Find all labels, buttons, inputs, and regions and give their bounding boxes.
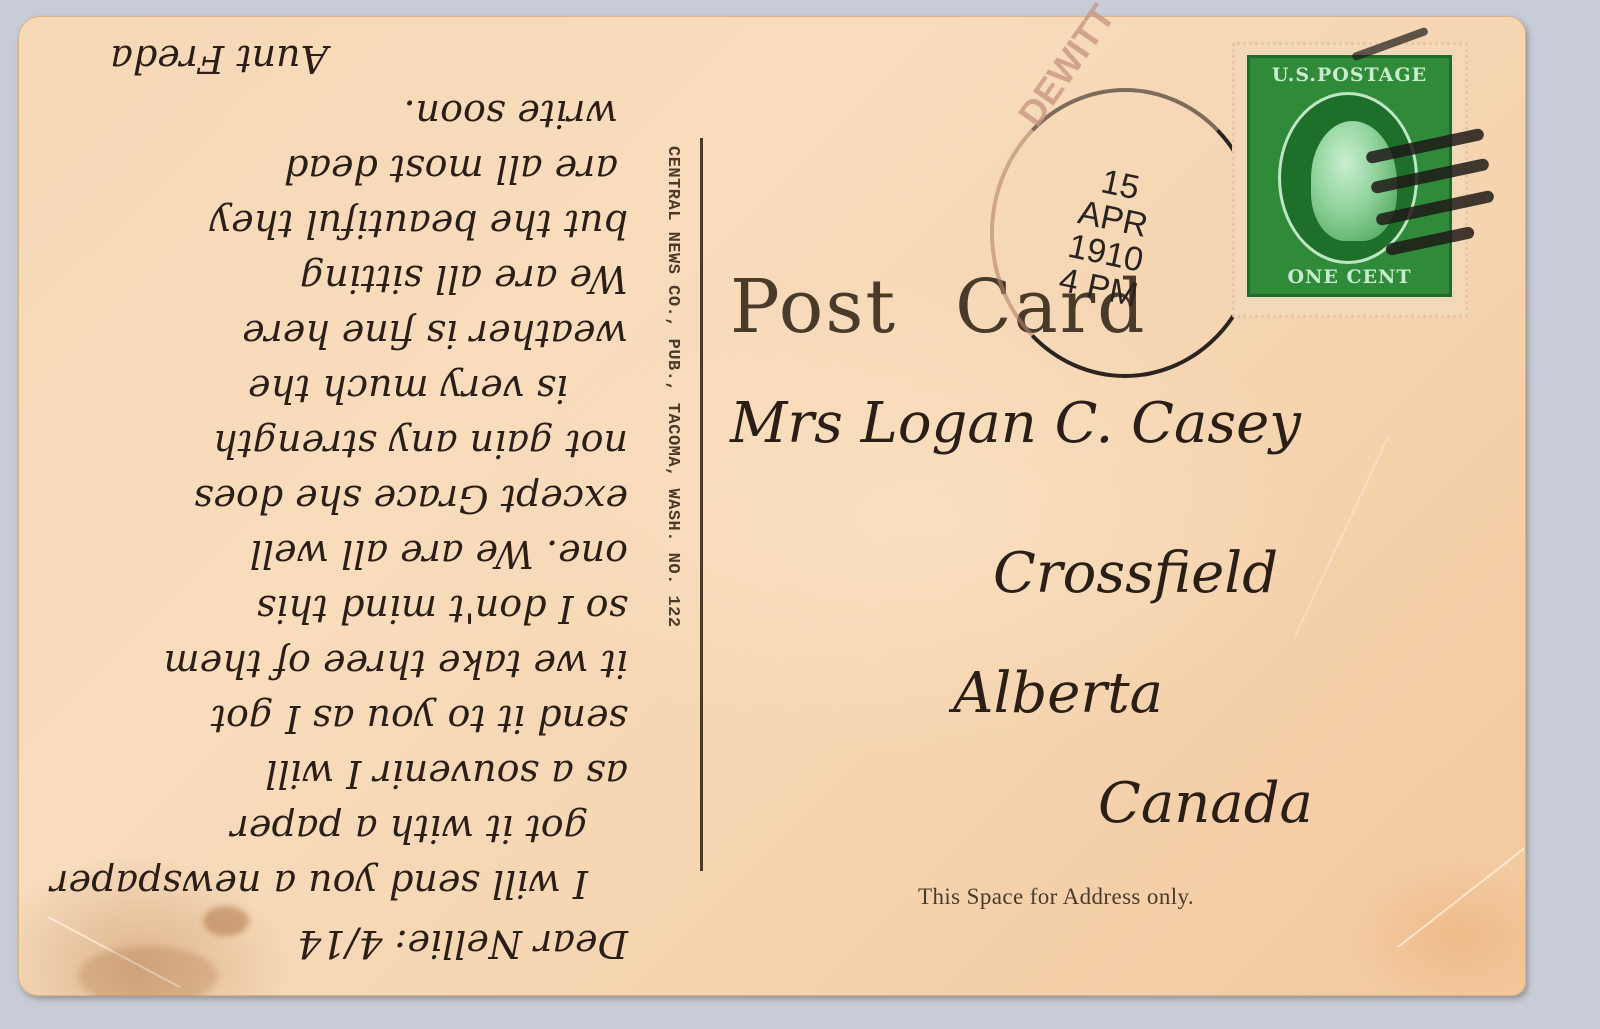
message-line: Aunt Freda <box>110 37 328 81</box>
message-line: as a souvenir I will <box>265 752 628 796</box>
message-line: are all most dead <box>284 147 618 191</box>
message-line: Dear Nellie: 4/14 <box>297 922 628 966</box>
message-line: it we take three of them <box>164 642 628 686</box>
stamp-top-text: U.S.POSTAGE <box>1250 64 1449 86</box>
message-line: one. We are all well <box>250 532 628 576</box>
handwritten-message: Dear Nellie: 4/14 I will send you a news… <box>18 16 658 996</box>
address-city: Crossfield <box>993 541 1278 606</box>
address-name: Mrs Logan C. Casey <box>730 391 1301 456</box>
title-word: Post <box>730 264 897 350</box>
message-line: is very much the <box>248 367 568 411</box>
message-line: write soon. <box>404 92 619 136</box>
message-line: I will send you a newspaper <box>50 862 588 906</box>
message-line: weather is fine here <box>242 312 628 356</box>
publisher-imprint: CENTRAL NEWS CO., PUB., TACOMA, WASH. NO… <box>663 146 682 628</box>
address-country: Canada <box>1098 771 1313 836</box>
crease <box>1397 848 1524 948</box>
message-line: so I don't mind this <box>257 587 628 631</box>
stamp-bottom-text: ONE CENT <box>1250 266 1449 288</box>
message-line: not gain any strength <box>213 422 628 466</box>
message-line: except Grace she does <box>194 477 628 521</box>
center-divider <box>700 138 703 871</box>
message-line: We are all sitting <box>300 257 628 301</box>
address-only-notice: This Space for Address only. <box>918 884 1194 910</box>
message-line: got it with a paper <box>231 807 588 851</box>
crease <box>1294 437 1389 637</box>
message-line: send it to you as I got <box>211 697 628 741</box>
message-line: but the beautiful they <box>210 202 628 246</box>
address-province: Alberta <box>953 661 1163 726</box>
